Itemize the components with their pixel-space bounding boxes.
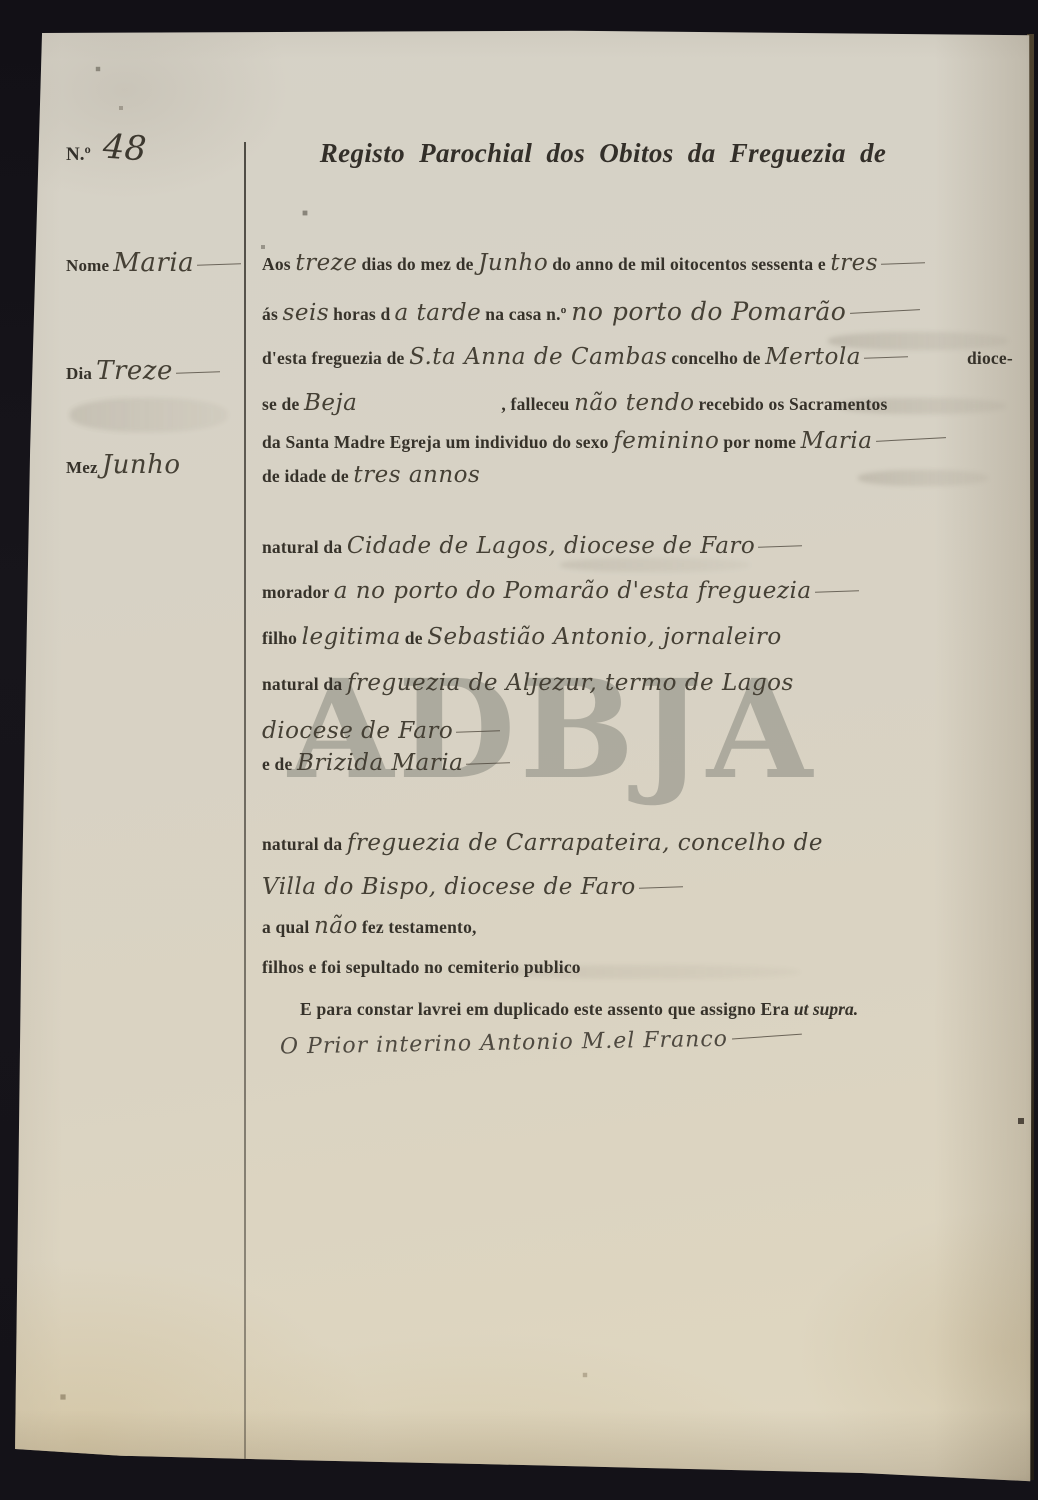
handwritten-entry: Maria — [801, 428, 947, 454]
register-line: morador a no porto do Pomarão d'esta fre… — [262, 578, 1022, 604]
printed-form-text: filhos e foi sepultado no cemiterio publ… — [262, 957, 581, 977]
margin-field-dia: Dia Treze — [66, 356, 220, 386]
register-line: a qual não fez testamento, — [262, 913, 1022, 939]
printed-form-text: natural da — [262, 674, 347, 694]
printed-form-text: E para constar lavrei em duplicado este … — [300, 999, 794, 1019]
register-line: e de Brizida Maria — [262, 750, 1022, 776]
register-line: natural da freguezia de Aljezur, termo d… — [262, 670, 1022, 696]
printed-form-text: e de — [262, 754, 297, 774]
handwritten-entry: seis — [283, 300, 330, 326]
entry-number-label: N.º — [66, 144, 91, 166]
register-paper-page: ADBJA N.º 48 Registo Parochial dos Obito… — [0, 0, 1038, 1500]
handwritten-entry: Junho — [478, 250, 548, 276]
printed-form-text: de — [405, 628, 427, 648]
printed-form-text: recebido os Sacramentos — [698, 394, 887, 414]
printed-form-text: Aos — [262, 254, 295, 274]
handwritten-entry: tres annos — [353, 462, 480, 488]
handwritten-entry: no porto do Pomarão — [571, 297, 920, 326]
margin-field-mez: Mez Junho — [66, 450, 181, 480]
register-line: se de Beja , falleceu não tendo recebido… — [262, 390, 1022, 416]
dia-label: Dia — [66, 364, 92, 383]
register-line: ás seis horas d a tarde na casa n.º no p… — [262, 297, 1022, 326]
nome-label: Nome — [66, 256, 109, 275]
printed-italic-text: ut supra. — [794, 999, 858, 1019]
printed-form-text: filho — [262, 628, 302, 648]
handwritten-entry: Cidade de Lagos, diocese de Faro — [347, 533, 802, 559]
handwritten-entry: Mertola — [765, 344, 908, 370]
printed-form-text: por nome — [723, 432, 800, 452]
nome-handwritten-value: Maria — [113, 248, 241, 278]
printed-form-text: fez testamento, — [362, 917, 477, 937]
handwritten-entry: S.ta Anna de Cambas — [409, 344, 667, 370]
handwritten-entry: Brizida Maria — [297, 750, 510, 776]
printed-form-text: do anno de mil oitocentos sessenta e — [552, 254, 830, 274]
register-line: diocese de Faro — [262, 718, 1022, 744]
printed-form-text: a qual — [262, 917, 314, 937]
handwritten-entry: a no porto do Pomarão d'esta freguezia — [334, 578, 859, 604]
dia-handwritten-value: Treze — [96, 356, 220, 386]
register-line: de idade de tres annos — [262, 462, 1022, 488]
printed-form-text: , falleceu — [501, 394, 574, 414]
handwritten-entry: freguezia de Aljezur, termo de Lagos — [347, 670, 794, 696]
handwritten-entry: feminino — [613, 428, 719, 454]
printed-form-text: natural da — [262, 834, 347, 854]
mez-handwritten-value: Junho — [102, 450, 181, 480]
handwritten-entry: diocese de Faro — [262, 718, 500, 744]
register-line: filho legitima de Sebastião Antonio, jor… — [262, 624, 1022, 650]
priest-signature: O Prior interino Antonio M.el Franco — [280, 1025, 802, 1059]
register-title: Registo Parochial dos Obitos da Freguezi… — [258, 138, 948, 169]
register-line: d'esta freguezia de S.ta Anna de Cambas … — [262, 344, 1022, 370]
printed-form-text: se de — [262, 394, 304, 414]
register-line: Villa do Bispo, diocese de Faro — [262, 874, 1022, 900]
handwritten-entry: freguezia de Carrapateira, concelho de — [347, 830, 823, 856]
handwritten-entry: a tarde — [394, 300, 481, 326]
entry-number-handwritten: 48 — [102, 127, 148, 170]
handwritten-entry: legitima — [302, 624, 401, 650]
register-line: filhos e foi sepultado no cemiterio publ… — [262, 957, 1022, 978]
printed-form-text: da Santa Madre Egreja um individuo do se… — [262, 432, 613, 452]
printed-form-text: d'esta freguezia de — [262, 348, 409, 368]
printed-form-text: na casa n.º — [485, 304, 571, 324]
register-line: Aos treze dias do mez de Junho do anno d… — [262, 250, 1022, 276]
register-line: da Santa Madre Egreja um individuo do se… — [262, 428, 1022, 454]
handwritten-entry: tres — [830, 250, 925, 276]
printed-form-text: dioce- — [967, 348, 1013, 368]
printed-form-text: ás — [262, 304, 283, 324]
printed-form-text: morador — [262, 582, 334, 602]
handwritten-entry: Villa do Bispo, diocese de Faro — [262, 874, 683, 900]
verso-bleedthrough — [70, 398, 228, 432]
register-line: natural da freguezia de Carrapateira, co… — [262, 830, 1022, 856]
scanned-register-page: { "watermark": { "text": "ADBJA" }, "hea… — [0, 0, 1038, 1500]
margin-rule — [244, 142, 246, 1468]
printed-form-text: natural da — [262, 537, 347, 557]
printed-form-text: dias do mez de — [361, 254, 478, 274]
printed-form-text: de idade de — [262, 466, 353, 486]
register-line: natural da Cidade de Lagos, diocese de F… — [262, 533, 1022, 559]
register-closing-line: E para constar lavrei em duplicado este … — [300, 999, 1038, 1020]
handwritten-entry: treze — [295, 250, 357, 276]
printed-form-text: concelho de — [671, 348, 765, 368]
handwritten-entry: não tendo — [574, 390, 694, 416]
handwritten-entry: Beja — [304, 390, 357, 416]
mez-label: Mez — [66, 458, 98, 477]
margin-field-nome: Nome Maria — [66, 248, 241, 278]
printed-form-text: horas d — [333, 304, 390, 324]
handwritten-entry: não — [314, 913, 358, 939]
verso-bleedthrough — [560, 558, 750, 572]
handwritten-entry: Sebastião Antonio, jornaleiro — [427, 624, 781, 650]
